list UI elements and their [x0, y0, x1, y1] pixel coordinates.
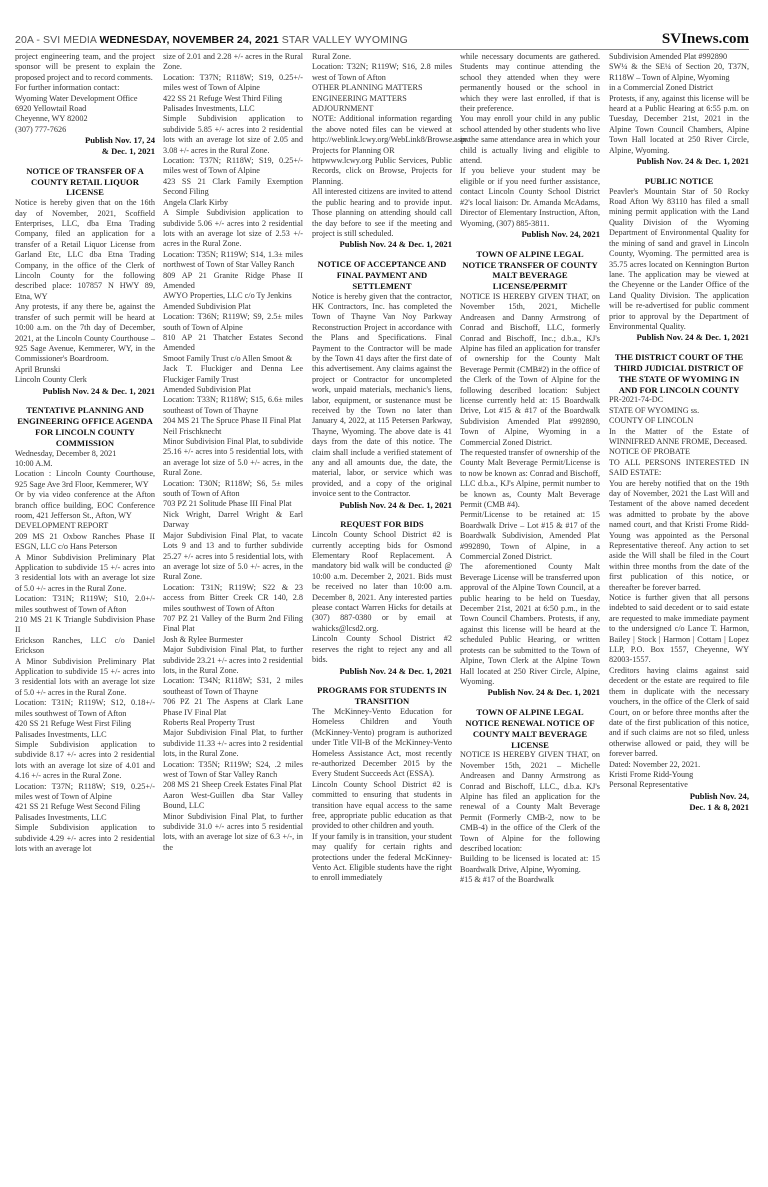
- notice-text: ENGINEERING MATTERS: [312, 94, 452, 104]
- notice-text: NOTICE IS HEREBY GIVEN THAT, on November…: [460, 750, 600, 854]
- notice-text: Location: T36N; R119W; S9, 2.5± miles so…: [163, 312, 303, 333]
- notice-text: Peavler's Mountain Star of 50 Rocky Road…: [609, 187, 749, 333]
- notice-text: #15 & #17 of the Boardwalk: [460, 875, 600, 885]
- notice-text: NOTE: Additional information regarding t…: [312, 114, 452, 156]
- notice-text: Neil Frischknecht: [163, 427, 303, 437]
- notice-heading: THE DISTRICT COURT OF THE THIRD JUDICIAL…: [609, 352, 749, 395]
- notice-text: Lincoln County School District #2 reserv…: [312, 634, 452, 665]
- notice-text: 810 AP 21 Thatcher Estates Second Amende…: [163, 333, 303, 354]
- publish-line: Publish Nov. 24, 2021: [460, 229, 600, 240]
- notice-text: 208 MS 21 Sheep Creek Estates Final Plat: [163, 780, 303, 790]
- notice-text: Aaron West-Guillen dba Star Valley Bound…: [163, 791, 303, 812]
- notice-text: Subdivision Amended Plat #992890: [609, 52, 749, 62]
- column-3: Rural Zone.Location: T32N; R119W; S16, 2…: [312, 52, 452, 884]
- notice-text: SW¼ & the SE¼ of Section 20, T37N, R118W…: [609, 62, 749, 83]
- publish-line: Publish Nov. 24,: [609, 791, 749, 802]
- notice-text: Protests, if any, against this license w…: [609, 94, 749, 156]
- publish-line: Publish Nov. 17, 24: [15, 135, 155, 146]
- notice-text: Wyoming Water Development Office: [15, 94, 155, 104]
- notice-heading: NOTICE OF TRANSFER OF A COUNTY RETAIL LI…: [15, 166, 155, 198]
- notice-text: Lincoln County School District #2 is cur…: [312, 530, 452, 634]
- notice-text: ADJOURNMENT: [312, 104, 452, 114]
- notice-text: Cheyenne, WY 82002: [15, 114, 155, 124]
- site-name[interactable]: SVInews.com: [662, 31, 749, 48]
- notice-text: NOTICE IS HEREBY GIVEN THAT, on November…: [460, 292, 600, 448]
- legal-notices-columns: project engineering team, and the projec…: [15, 52, 749, 1182]
- page-header: 20A - SVI MEDIA WEDNESDAY, NOVEMBER 24, …: [15, 34, 500, 48]
- notice-text: Rural Zone.: [312, 52, 452, 62]
- notice-text: TO ALL PERSONS INTERESTED IN SAID ESTATE…: [609, 458, 749, 479]
- notice-text: Nick Wright, Darrel Wright & Earl Darway: [163, 510, 303, 531]
- issue-date: WEDNESDAY, NOVEMBER 24, 2021: [99, 34, 278, 46]
- notice-text: Any protests, if any there be, against t…: [15, 302, 155, 364]
- notice-text: Lincoln County School District #2 is com…: [312, 780, 452, 832]
- notice-text: Creditors having claims against said dec…: [609, 666, 749, 760]
- notice-text: size of 2.01 and 2.28 +/- acres in the R…: [163, 52, 303, 73]
- publish-line: & Dec. 1, 2021: [15, 146, 155, 157]
- notice-text: Wednesday, December 8, 2021: [15, 449, 155, 459]
- notice-text: You are hereby notified that on the 19th…: [609, 479, 749, 593]
- notice-text: Major Subdivision Final Plat, to vacate …: [163, 531, 303, 583]
- notice-heading: REQUEST FOR BIDS: [312, 519, 452, 530]
- notice-text: in a Commercial Zoned District: [609, 83, 749, 93]
- notice-text: Palisades Investments, LLC: [15, 813, 155, 823]
- notice-text: 204 MS 21 The Spruce Phase II Final Plat: [163, 416, 303, 426]
- publish-line: Publish Nov. 24 & Dec. 1, 2021: [312, 239, 452, 250]
- notice-text: 423 SS 21 Clark Family Exemption Second …: [163, 177, 303, 198]
- page-label: 20A - SVI MEDIA: [15, 34, 96, 46]
- notice-text: 422 SS 21 Refuge West Third Filing: [163, 94, 303, 104]
- column-1: project engineering team, and the projec…: [15, 52, 155, 854]
- column-2: size of 2.01 and 2.28 +/- acres in the R…: [163, 52, 303, 853]
- publish-line: Publish Nov. 24 & Dec. 1, 2021: [15, 386, 155, 397]
- notice-text: AWYO Properties, LLC c/o Ty Jenkins: [163, 291, 303, 301]
- notice-text: Major Subdivision Final Plat, to further…: [163, 728, 303, 759]
- notice-heading: PUBLIC NOTICE: [609, 176, 749, 187]
- notice-text: Notice is hereby given that on the 16th …: [15, 198, 155, 302]
- notice-text: Smoot Family Trust c/o Allen Smoot &: [163, 354, 303, 364]
- notice-text: 209 MS 21 Oxbow Ranches Phase II ESGN, L…: [15, 532, 155, 553]
- notice-text: Amended Subdivision Plat: [163, 302, 303, 312]
- notice-text: PR-2021-74-DC: [609, 395, 749, 405]
- notice-text: Location: T35N; R119W; S24, .2 miles wes…: [163, 760, 303, 781]
- notice-text: Personal Representative: [609, 780, 749, 790]
- notice-text: Location: T34N; R118W; S31, 2 miles sout…: [163, 676, 303, 697]
- notice-text: Lincoln County Clerk: [15, 375, 155, 385]
- notice-text: For further information contact:: [15, 83, 155, 93]
- notice-text: COUNTY OF LINCOLN: [609, 416, 749, 426]
- notice-text: Location: T35N; R119W; S14, 1.3± miles n…: [163, 250, 303, 271]
- notice-text: project engineering team, and the projec…: [15, 52, 155, 83]
- publish-line: Publish Nov. 24 & Dec. 1, 2021: [312, 500, 452, 511]
- notice-text: DEVELOPMENT REPORT: [15, 521, 155, 531]
- notice-text: Minor Subdivision Final Plat, to further…: [163, 812, 303, 854]
- notice-text: Location: T37N; R118W; S19, 0.25+/- mile…: [163, 73, 303, 94]
- publish-line: Publish Nov. 24 & Dec. 1, 2021: [609, 156, 749, 167]
- notice-text: Building to be licensed is located at: 1…: [460, 854, 600, 875]
- notice-text: OTHER PLANNING MATTERS: [312, 83, 452, 93]
- notice-text: The McKinney-Vento Education for Homeles…: [312, 707, 452, 780]
- notice-text: A Minor Subdivision Preliminary Plat App…: [15, 657, 155, 699]
- notice-text: Location: T31N; R119W; S22 & 23 access f…: [163, 583, 303, 614]
- notice-text: Jack T. Fluckiger and Denna Lee Fluckige…: [163, 364, 303, 385]
- notice-text: Or by via video conference at the Afton …: [15, 490, 155, 521]
- notice-text: April Brunski: [15, 365, 155, 375]
- notice-text: 10:00 A.M.: [15, 459, 155, 469]
- notice-text: Amended Subdivision Plat: [163, 385, 303, 395]
- notice-heading: TOWN OF ALPINE LEGAL NOTICE TRANSFER OF …: [460, 249, 600, 292]
- notice-text: The aforementioned County Malt Beverage …: [460, 562, 600, 687]
- notice-heading: PROGRAMS FOR STUDENTS IN TRANSITION: [312, 685, 452, 707]
- column-4: while necessary documents are gathered. …: [460, 52, 600, 886]
- notice-text: The requested transfer of ownership of t…: [460, 448, 600, 510]
- notice-text: Simple Subdivision application to subdiv…: [15, 740, 155, 782]
- notice-text: All interested citizens are invited to a…: [312, 187, 452, 239]
- notice-text: Minor Subdivision Final Plat, to subdivi…: [163, 437, 303, 479]
- notice-text: Josh & Rylee Burmester: [163, 635, 303, 645]
- header-rule: [15, 49, 749, 50]
- publish-line: Dec. 1 & 8, 2021: [609, 802, 749, 813]
- notice-text: Location : Lincoln County Courthouse, 92…: [15, 469, 155, 490]
- notice-text: Location: T37N; R118W; S19, 0.25+/- mile…: [15, 782, 155, 803]
- notice-text: 210 MS 21 K Triangle Subdivision Phase I…: [15, 615, 155, 636]
- publish-line: Publish Nov. 24 & Dec. 1, 2021: [460, 687, 600, 698]
- notice-heading: TENTATIVE PLANNING AND ENGINEERING OFFIC…: [15, 405, 155, 448]
- notice-text: 809 AP 21 Granite Ridge Phase II Amended: [163, 271, 303, 292]
- notice-heading: TOWN OF ALPINE LEGAL NOTICE RENEWAL NOTI…: [460, 707, 600, 750]
- notice-text: STATE OF WYOMING ss.: [609, 406, 749, 416]
- notice-text: 706 PZ 21 The Aspens at Clark Lane Phase…: [163, 697, 303, 718]
- notice-text: (307) 777-7626: [15, 125, 155, 135]
- notice-text: Location: T33N; R118W; S15, 6.6± miles s…: [163, 395, 303, 416]
- notice-text: 420 SS 21 Refuge West First Filing: [15, 719, 155, 729]
- notice-text: 707 PZ 21 Valley of the Burm 2nd Filing …: [163, 614, 303, 635]
- notice-text: Location: T32N; R119W; S16, 2.8 miles we…: [312, 62, 452, 83]
- notice-text: httpwww.lcwy.org Public Services, Public…: [312, 156, 452, 187]
- notice-text: 421 SS 21 Refuge West Second Filing: [15, 802, 155, 812]
- publish-line: Publish Nov. 24 & Dec. 1, 2021: [609, 332, 749, 343]
- notice-text: Location: T31N; R119W; S12, 0.18+/- mile…: [15, 698, 155, 719]
- publish-line: Publish Nov. 24 & Dec. 1, 2021: [312, 666, 452, 677]
- notice-text: Palisades Investments, LLC: [15, 730, 155, 740]
- notice-text: If your family is in transition, your st…: [312, 832, 452, 884]
- notice-text: Simple Subdivision application to subdiv…: [15, 823, 155, 854]
- notice-text: You may enroll your child in any public …: [460, 114, 600, 166]
- notice-text: Angela Clark Kirby: [163, 198, 303, 208]
- notice-text: Erickson Ranches, LLC c/o Daniel Erickso…: [15, 636, 155, 657]
- notice-text: 703 PZ 21 Solitude Phase III Final Plat: [163, 499, 303, 509]
- notice-text: Roberts Real Property Trust: [163, 718, 303, 728]
- notice-text: In the Matter of the Estate of WINNIFRED…: [609, 427, 749, 448]
- notice-text: A Minor Subdivision Preliminary Plat App…: [15, 553, 155, 595]
- notice-text: Dated: November 22, 2021.: [609, 760, 749, 770]
- notice-text: NOTICE OF PROBATE: [609, 447, 749, 457]
- notice-text: Location: T37N; R118W; S19, 0.25+/- mile…: [163, 156, 303, 177]
- notice-text: while necessary documents are gathered. …: [460, 52, 600, 114]
- notice-text: A Simple Subdivision application to subd…: [163, 208, 303, 250]
- notice-text: Palisades Investments, LLC: [163, 104, 303, 114]
- column-5: Subdivision Amended Plat #992890SW¼ & th…: [609, 52, 749, 812]
- notice-text: Kristi Frome Ridd-Young: [609, 770, 749, 780]
- region-label: STAR VALLEY WYOMING: [282, 34, 408, 46]
- notice-text: If you believe your student may be eligi…: [460, 166, 600, 228]
- notice-text: Notice is hereby given that the contract…: [312, 292, 452, 500]
- notice-text: 6920 Yellowtail Road: [15, 104, 155, 114]
- notice-text: Permit/License to be retained at: 15 Boa…: [460, 510, 600, 562]
- notice-text: Location: T31N; R119W; S10, 2.0+/- miles…: [15, 594, 155, 615]
- notice-text: Location: T30N; R118W; S6, 5± miles sout…: [163, 479, 303, 500]
- notice-text: Notice is further given that all persons…: [609, 593, 749, 666]
- notice-text: Major Subdivision Final Plat, to further…: [163, 645, 303, 676]
- notice-text: Simple Subdivision application to subdiv…: [163, 114, 303, 156]
- notice-heading: NOTICE OF ACCEPTANCE AND FINAL PAYMENT A…: [312, 259, 452, 291]
